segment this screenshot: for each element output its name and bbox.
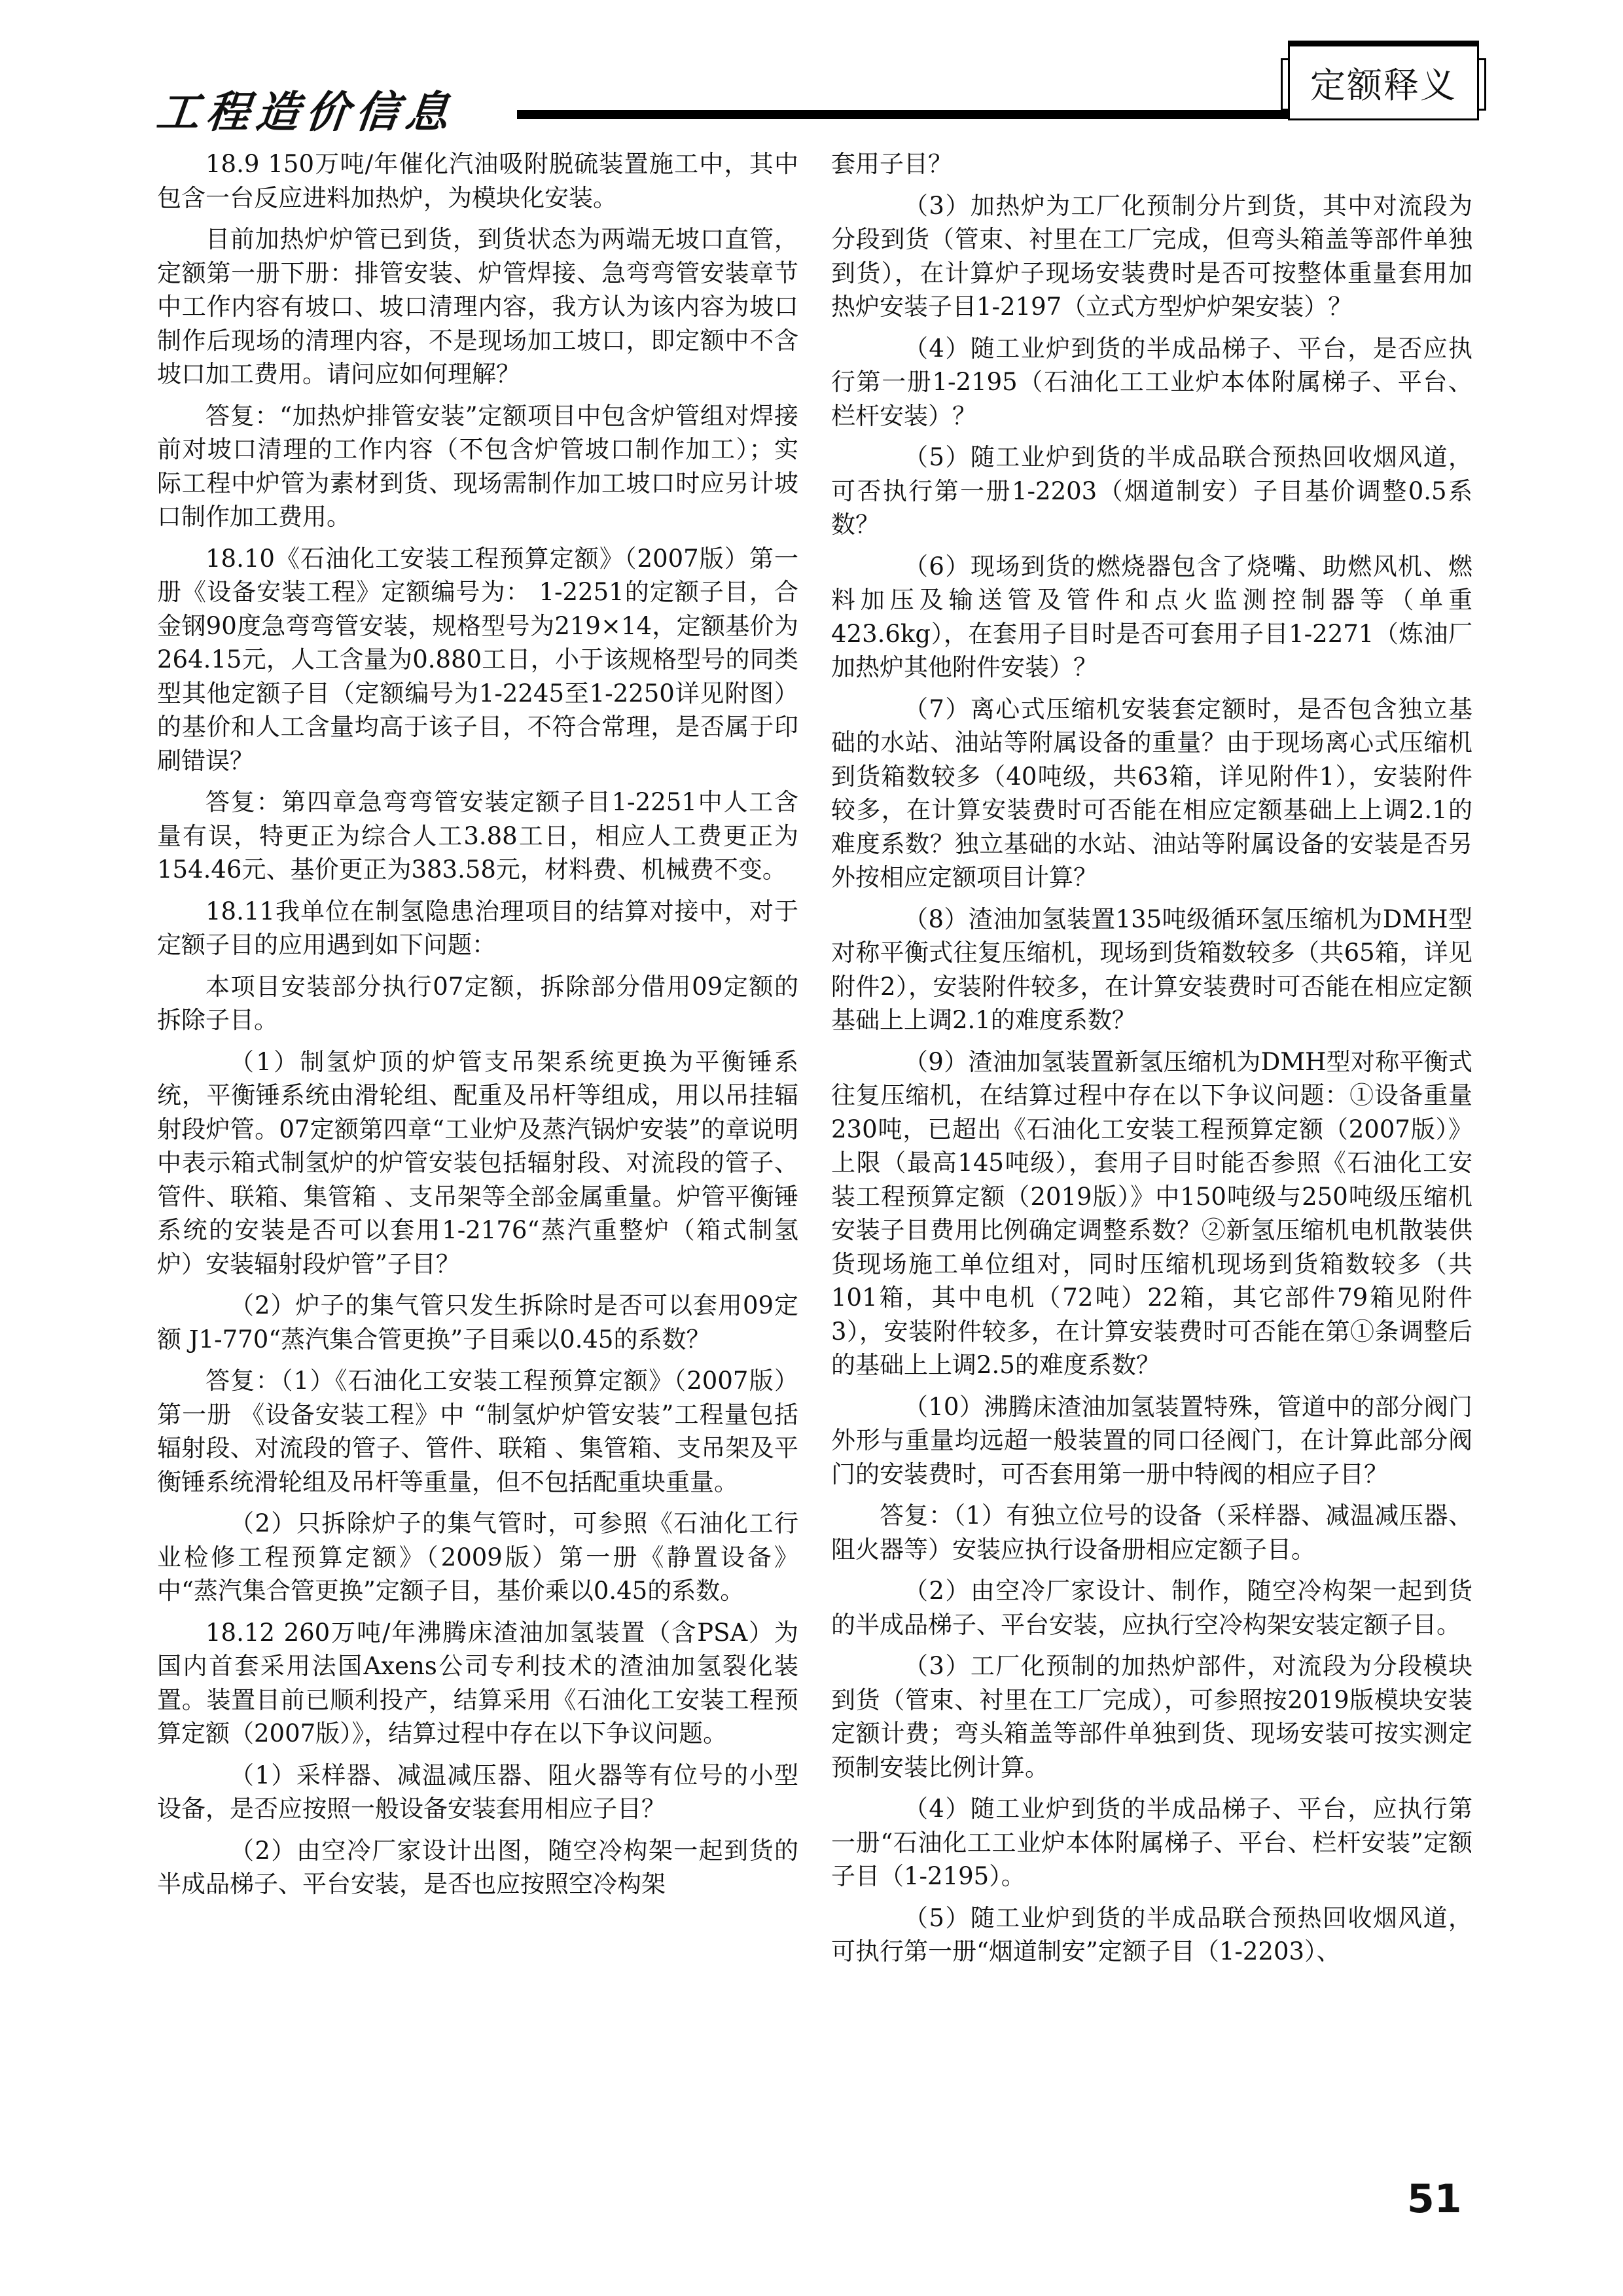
paragraph: （10）沸腾床渣油加氢装置特殊，管道中的部分阀门外形与重量均远超一般装置的同口径… bbox=[831, 1390, 1472, 1492]
page-number: 51 bbox=[1407, 2176, 1462, 2222]
paragraph: （5）随工业炉到货的半成品联合预热回收烟风道，可执行第一册“烟道制安”定额子目（… bbox=[831, 1901, 1472, 1969]
paragraph: 18.11我单位在制氢隐患治理项目的结算对接中，对于定额子目的应用遇到如下问题： bbox=[157, 895, 798, 962]
paragraph: （5）随工业炉到货的半成品联合预热回收烟风道，可否执行第一册1-2203（烟道制… bbox=[831, 440, 1472, 542]
paragraph: 18.10《石油化工安装工程预算定额》（2007版）第一册《设备安装工程》定额编… bbox=[157, 542, 798, 778]
paragraph: （3）加热炉为工厂化预制分片到货，其中对流段为分段到货（管束、衬里在工厂完成，但… bbox=[831, 189, 1472, 324]
paragraph: （1）制氢炉顶的炉管支吊架系统更换为平衡锤系统，平衡锤系统由滑轮组、配重及吊杆等… bbox=[157, 1045, 798, 1282]
paragraph: 18.12 260万吨/年沸腾床渣油加氢装置（含PSA）为国内首套采用法国Axe… bbox=[157, 1616, 798, 1751]
paragraph: （6）现场到货的燃烧器包含了烧嘴、助燃风机、燃料加压及输送管及管件和点火监测控制… bbox=[831, 550, 1472, 685]
paragraph: （8）渣油加氢装置135吨级循环氢压缩机为DMH型对称平衡式往复压缩机，现场到货… bbox=[831, 903, 1472, 1037]
paragraph: （4）随工业炉到货的半成品梯子、平台，是否应执行第一册1-2195（石油化工工业… bbox=[831, 332, 1472, 433]
paragraph: （3）工厂化预制的加热炉部件，对流段为分段模块到货（管束、衬里在工厂完成），可参… bbox=[831, 1649, 1472, 1784]
paragraph: （2）只拆除炉子的集气管时，可参照《石油化工行业检修工程预算定额》（2009版）… bbox=[157, 1507, 798, 1608]
paragraph: 答复：第四章急弯弯管安装定额子目1-2251中人工含量有误，特更正为综合人工3.… bbox=[157, 785, 798, 887]
page-header: 工程造价信息 定额释义 bbox=[0, 0, 1623, 131]
paragraph: 答复：（1）《石油化工安装工程预算定额》（2007版）第一册 《设备安装工程》中… bbox=[157, 1364, 798, 1499]
right-column: 套用子目？ （3）加热炉为工厂化预制分片到货，其中对流段为分段到货（管束、衬里在… bbox=[831, 147, 1472, 1977]
section-label: 定额释义 bbox=[1310, 58, 1457, 108]
section-label-box: 定额释义 bbox=[1288, 41, 1479, 120]
paragraph: 答复：“加热炉排管安装”定额项目中包含炉管组对焊接前对坡口清理的工作内容（不包含… bbox=[157, 399, 798, 534]
paragraph: 套用子目？ bbox=[831, 147, 1472, 181]
paragraph: 本项目安装部分执行07定额，拆除部分借用09定额的拆除子目。 bbox=[157, 970, 798, 1037]
paragraph: 答复：（1）有独立位号的设备（采样器、减温减压器、阻火器等）安装应执行设备册相应… bbox=[831, 1499, 1472, 1566]
paragraph: 18.9 150万吨/年催化汽油吸附脱硫装置施工中，其中包含一台反应进料加热炉，… bbox=[157, 147, 798, 215]
paragraph: （2）炉子的集气管只发生拆除时是否可以套用09定额 J1-770“蒸汽集合管更换… bbox=[157, 1289, 798, 1356]
paragraph: （1）采样器、减温减压器、阻火器等有位号的小型设备，是否应按照一般设备安装套用相… bbox=[157, 1759, 798, 1826]
paragraph: （9）渣油加氢装置新氢压缩机为DMH型对称平衡式往复压缩机，在结算过程中存在以下… bbox=[831, 1045, 1472, 1382]
left-column: 18.9 150万吨/年催化汽油吸附脱硫装置施工中，其中包含一台反应进料加热炉，… bbox=[157, 147, 798, 1909]
paragraph: （2）由空冷厂家设计、制作，随空冷构架一起到货的半成品梯子、平台安装，应执行空冷… bbox=[831, 1574, 1472, 1641]
paragraph: （7）离心式压缩机安装套定额时，是否包含独立基础的水站、油站等附属设备的重量？由… bbox=[831, 692, 1472, 895]
masthead-title: 工程造价信息 bbox=[154, 77, 459, 139]
paragraph: （4）随工业炉到货的半成品梯子、平台，应执行第一册“石油化工工业炉本体附属梯子、… bbox=[831, 1792, 1472, 1893]
paragraph: （2）由空冷厂家设计出图，随空冷构架一起到货的半成品梯子、平台安装，是否也应按照… bbox=[157, 1834, 798, 1901]
paragraph: 目前加热炉炉管已到货，到货状态为两端无坡口直管，定额第一册下册：排管安装、炉管焊… bbox=[157, 223, 798, 391]
